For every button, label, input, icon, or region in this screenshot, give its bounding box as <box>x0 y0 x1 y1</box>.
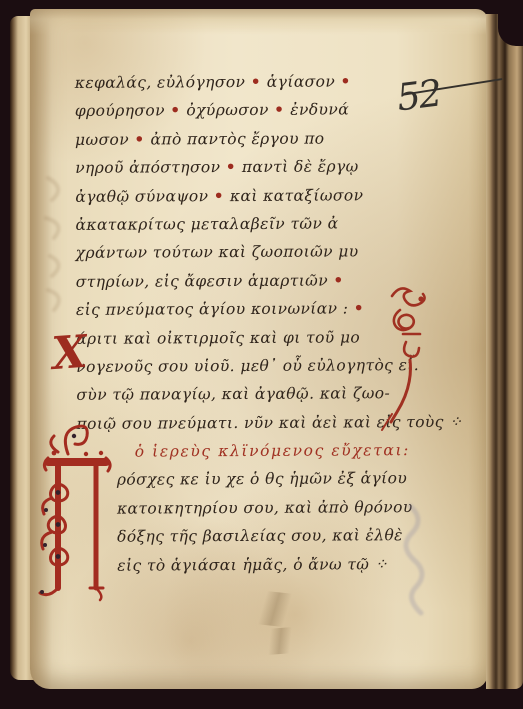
decorated-initial-pi-ornament <box>38 420 116 602</box>
text-segment: φρούρησον <box>75 102 170 120</box>
text-line: σὺν τῷ παναγίῳ, καὶ ἀγαθῷ. καὶ ζωο- <box>76 379 410 409</box>
rubricated-initial-chi: Χ <box>50 329 88 376</box>
text-line: νογενοῦς σου υἱοῦ. μεθ᾽ οὗ εὐλογητὸς εἶ. <box>76 351 410 381</box>
text-line: ἀγαθῷ σύναψον • καὶ καταξίωσον <box>75 181 409 211</box>
text-line: φρούρησον • ὀχύρωσον • ἐνδυνά <box>75 96 409 126</box>
text-line: ρόσχες κε ἰυ χε ὁ θς ἡμῶν ἐξ ἁγίου <box>117 465 411 495</box>
text-segment: καὶ καταξίωσον <box>230 186 364 205</box>
rubric-line: ὁ ἱερεὺς κλϊνόμενος εὔχεται: <box>135 436 411 466</box>
text-line: δόξης τῆς βασιλείας σου, καὶ ἐλθὲ <box>117 521 411 551</box>
text-segment: • <box>354 298 364 317</box>
text-segment: κεφαλάς, εὐλόγησον <box>75 73 251 92</box>
text-lines: κεφαλάς, εὐλόγησον • ἁγίασον •φρούρησον … <box>75 67 412 580</box>
text-segment: ἐνδυνά <box>290 101 349 119</box>
text-segment: χράντων τούτων καὶ ζωοποιῶν μυ <box>76 243 359 262</box>
text-segment: νηροῦ ἀπόστησον <box>75 158 226 177</box>
text-line: νηροῦ ἀπόστησον • παντὶ δὲ ἔργῳ <box>75 152 409 182</box>
text-segment: εἰς πνεύματος ἁγίου κοινωνίαν : <box>76 300 354 319</box>
text-line: στηρίων, εἰς ἄφεσιν ἁμαρτιῶν • <box>76 266 410 296</box>
text-line: μωσον • ἀπὸ παντὸς ἔργου πο <box>75 124 409 154</box>
marginal-red-flourish-ornament <box>376 280 432 446</box>
backdrop-corner <box>498 0 523 46</box>
text-segment: • <box>333 270 343 289</box>
ghost-marginalia-showthrough <box>40 170 74 320</box>
text-segment: • <box>134 129 150 148</box>
text-segment: σὺν τῷ παναγίῳ, καὶ ἀγαθῷ. καὶ ζωο- <box>76 385 390 405</box>
text-segment: ἀγαθῷ σύναψον <box>75 187 214 206</box>
text-segment: • <box>251 72 267 91</box>
text-segment: • <box>170 101 186 120</box>
text-segment: ἁγίασον <box>267 72 341 90</box>
text-segment: • <box>274 100 290 119</box>
text-segment: νογενοῦς σου υἱοῦ. μεθ᾽ οὗ εὐλογητὸς εἶ. <box>76 356 419 376</box>
text-segment: άριτι καὶ οἰκτιρμοῖς καὶ φι τοῦ μο <box>76 328 360 347</box>
text-segment: δόξης τῆς βασιλείας σου, καὶ ἐλθὲ <box>117 526 403 545</box>
text-segment: εἰς τὸ ἁγιάσαι ἡμᾶς, ὁ ἄνω τῷ ⁘ <box>117 555 388 574</box>
text-segment: στηρίων, εἰς ἄφεσιν ἁμαρτιῶν <box>76 271 334 290</box>
text-segment: παντὶ δὲ ἔργῳ <box>242 158 359 177</box>
text-segment: ὁ ἱερεὺς κλϊνόμενος εὔχεται: <box>135 441 410 460</box>
text-line: ποιῷ σου πνεύματι. νῦν καὶ ἀεὶ καὶ εἰς τ… <box>76 408 410 438</box>
text-segment: ὀχύρωσον <box>186 101 274 119</box>
manuscript-photo: 52 κεφαλάς, εὐλόγησον • ἁγίασον •φρούρησ… <box>0 0 523 709</box>
text-line: κεφαλάς, εὐλόγησον • ἁγίασον • <box>75 67 409 97</box>
text-line: κατοικητηρίου σου, καὶ ἀπὸ θρόνου <box>117 493 411 523</box>
text-segment: ρόσχες κε ἰυ χε ὁ θς ἡμῶν ἐξ ἁγίου <box>117 470 407 490</box>
text-segment: ἀπὸ παντὸς ἔργου πο <box>150 129 324 148</box>
text-segment: • <box>226 157 242 176</box>
text-line: εἰς πνεύματος ἁγίου κοινωνίαν : • <box>76 294 410 324</box>
text-line: ἀκατακρίτως μεταλαβεῖν τῶν ἀ <box>75 209 409 239</box>
text-line: άριτι καὶ οἰκτιρμοῖς καὶ φι τοῦ μο <box>76 323 410 353</box>
text-segment: κατοικητηρίου σου, καὶ ἀπὸ θρόνου <box>117 498 413 518</box>
text-line: χράντων τούτων καὶ ζωοποιῶν μυ <box>76 237 410 267</box>
text-segment: • <box>340 71 350 90</box>
text-segment: • <box>214 186 230 205</box>
text-line: εἰς τὸ ἁγιάσαι ἡμᾶς, ὁ ἄνω τῷ ⁘ <box>117 550 411 580</box>
text-segment: ἀκατακρίτως μεταλαβεῖν τῶν ἀ <box>75 214 338 233</box>
text-segment: μωσον <box>75 130 134 148</box>
book-fore-edge-pages <box>486 14 523 689</box>
